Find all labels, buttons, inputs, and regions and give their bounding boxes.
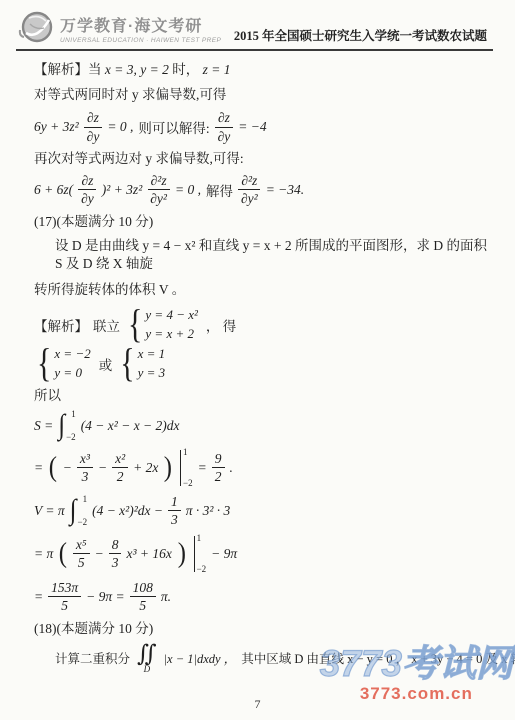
fraction-denominator: 5 xyxy=(58,597,71,614)
brand-name-en: UNIVERSAL EDUCATION · HAIWEN TEST PREP xyxy=(60,37,221,44)
text-segment: 时， xyxy=(169,62,203,77)
fraction-numerator: ∂²z xyxy=(238,173,260,191)
fraction: ∂²z∂y² xyxy=(147,173,170,207)
document-page: 万学教育·海文考研 UNIVERSAL EDUCATION · HAIWEN T… xyxy=(0,0,515,720)
fraction: x²2 xyxy=(112,451,128,485)
integral-upper-limit: 1 xyxy=(71,410,76,419)
text-segment: 或 xyxy=(99,354,113,374)
formula-dz-dy: 6y + 3z² ∂z∂y = 0 , 则可以解得: ∂z∂y = −4 xyxy=(34,110,487,144)
integral-sign: ∫ xyxy=(70,496,77,525)
question18-text: 计算二重积分 ∬ D |x − 1|dxdy ， 其中区域 D 由直线 x − … xyxy=(34,642,487,674)
evaluation-bar: 1−2 xyxy=(180,448,193,488)
eval-upper-limit: 1 xyxy=(197,534,207,543)
area-integral: S = ∫ 1−2 (4 − x² − x − 2)dx xyxy=(34,410,487,442)
text-segment: 其中区域 D 由直线 x − y = 0 ， x + 3y − 4 = 0 及 … xyxy=(241,649,515,667)
area-evaluation: = ( − x³3 − x²2 + 2x ) 1−2 = 92 . xyxy=(34,448,487,488)
fraction: ∂z∂y xyxy=(84,110,103,144)
fraction-numerator: ∂²z xyxy=(148,173,170,191)
math-segment: V = π xyxy=(34,503,65,519)
integral: ∫ 1−2 xyxy=(58,410,75,442)
fraction: x⁵5 xyxy=(73,537,90,571)
fraction-numerator: 153π xyxy=(48,580,81,598)
math-segment: − xyxy=(98,460,107,476)
double-integral: ∬ D xyxy=(137,642,157,674)
brand-logo: 万学教育·海文考研 UNIVERSAL EDUCATION · HAIWEN T… xyxy=(18,10,221,46)
fraction-numerator: ∂z xyxy=(84,110,102,128)
math-segment: = xyxy=(34,589,43,605)
math-segment: = xyxy=(198,460,207,476)
fraction-denominator: ∂y² xyxy=(147,190,170,207)
math-segment: = −34. xyxy=(266,182,304,198)
math-segment: = 0 , xyxy=(175,182,201,198)
math-segment: = π xyxy=(34,546,53,562)
math-segment: − xyxy=(95,546,104,562)
solution16-line2: 对等式两同时对 y 求偏导数,可得 xyxy=(34,86,487,104)
vertical-bar xyxy=(180,450,181,486)
text-segment: 解得 xyxy=(206,180,233,200)
left-brace: { xyxy=(120,344,134,385)
globe-icon xyxy=(18,10,54,46)
system-row: x = −2 xyxy=(54,347,90,362)
fraction-numerator: 8 xyxy=(109,537,122,555)
big-close-paren: ) xyxy=(178,539,186,568)
fraction: 13 xyxy=(168,494,181,528)
fraction: 1085 xyxy=(130,580,156,614)
equation-system: { y = 4 − x²y = x + 2 xyxy=(128,308,198,342)
left-brace: { xyxy=(128,304,142,345)
system-row: y = x + 2 xyxy=(145,327,197,342)
text-segment: 当 xyxy=(88,62,105,77)
text-segment: 计算二重积分 xyxy=(55,649,130,667)
brand-name-cn: 万学教育·海文考研 xyxy=(60,13,221,36)
math-segment: = xyxy=(34,460,43,476)
text-segment: 联立 xyxy=(93,315,120,335)
system-row: y = 4 − x² xyxy=(145,308,197,323)
math-segment: )² + 3z² xyxy=(102,182,142,198)
solution17-roots: { x = −2y = 0 或 { x = 1y = 3 xyxy=(34,347,487,381)
left-brace: { xyxy=(37,344,51,385)
math-segment: − xyxy=(63,460,72,476)
integral-lower-limit: −2 xyxy=(78,518,88,527)
fraction-numerator: x² xyxy=(112,451,128,469)
math-segment: = −4 xyxy=(238,119,266,135)
solution-tag: 【解析】 xyxy=(34,62,88,77)
vertical-bar xyxy=(194,536,195,572)
double-integral-sign: ∬ xyxy=(137,642,157,665)
volume-integral: V = π ∫ 1−2 (4 − x²)²dx − 13 π · 3² · 3 xyxy=(34,494,487,528)
math-segment: z = 1 xyxy=(203,62,231,77)
system-row: y = 0 xyxy=(54,366,90,381)
fraction-numerator: 1 xyxy=(168,494,181,512)
fraction: ∂z∂y xyxy=(215,110,234,144)
integral-sign: ∫ xyxy=(58,411,65,440)
fraction-denominator: 3 xyxy=(79,468,92,485)
brand-text: 万学教育·海文考研 UNIVERSAL EDUCATION · HAIWEN T… xyxy=(60,13,221,44)
page-header: 万学教育·海文考研 UNIVERSAL EDUCATION · HAIWEN T… xyxy=(34,10,487,46)
fraction-numerator: ∂z xyxy=(215,110,233,128)
text-segment: ， 得 xyxy=(206,315,236,335)
integral-upper-limit: 1 xyxy=(83,495,88,504)
big-open-paren: ( xyxy=(49,453,57,482)
fraction-denominator: 5 xyxy=(75,554,88,571)
double-integral-domain: D xyxy=(144,665,151,674)
equation-system: { x = −2y = 0 xyxy=(37,347,91,381)
math-segment: |x − 1|dxdy ， xyxy=(164,649,237,667)
text-segment: 则可以解得: xyxy=(138,117,209,137)
question18-heading: (18)(本题满分 10 分) xyxy=(34,620,487,638)
math-segment: = 0 , xyxy=(107,119,133,135)
math-segment: S = xyxy=(34,418,53,434)
eval-lower-limit: −2 xyxy=(183,479,193,488)
system-row: x = 1 xyxy=(138,347,166,362)
question17-text-line2: 转所得旋转体的体积 V 。 xyxy=(34,281,487,299)
eval-lower-limit: −2 xyxy=(197,565,207,574)
question17-heading: (17)(本题满分 10 分) xyxy=(34,213,487,231)
solution16-line4: 再次对等式两边对 y 求偏导数,可得: xyxy=(34,150,487,168)
math-segment: π. xyxy=(161,589,171,605)
big-open-paren: ( xyxy=(59,539,67,568)
math-segment: 6 + 6z( xyxy=(34,182,73,198)
math-segment: 6y + 3z² xyxy=(34,119,79,135)
fraction-denominator: 3 xyxy=(109,554,122,571)
fraction-denominator: ∂y xyxy=(84,128,103,145)
math-segment: π · 3² · 3 xyxy=(186,503,231,519)
math-segment: x = 3, y = 2 xyxy=(105,62,169,77)
fraction: ∂z∂y xyxy=(78,173,97,207)
question17-text-line1: 设 D 是由曲线 y = 4 − x² 和直线 y = x + 2 所围成的平面… xyxy=(34,237,487,273)
formula-d2z-dy2: 6 + 6z( ∂z∂y )² + 3z² ∂²z∂y² = 0 , 解得 ∂²… xyxy=(34,173,487,207)
solution17-suoyi: 所以 xyxy=(34,387,487,405)
math-segment: (4 − x²)²dx − xyxy=(92,503,163,519)
fraction: x³3 xyxy=(77,451,93,485)
fraction: 153π5 xyxy=(48,580,81,614)
fraction: 92 xyxy=(212,451,225,485)
fraction-numerator: 108 xyxy=(130,580,156,598)
fraction-denominator: ∂y² xyxy=(238,190,261,207)
math-segment: − 9π xyxy=(211,546,237,562)
eval-upper-limit: 1 xyxy=(183,448,193,457)
volume-evaluation: = π ( x⁵5 − 83 x³ + 16x ) 1−2 − 9π xyxy=(34,534,487,574)
integral: ∫ 1−2 xyxy=(70,495,87,527)
integral-lower-limit: −2 xyxy=(66,433,76,442)
solution16-line1: 【解析】当 x = 3, y = 2 时， z = 1 xyxy=(34,61,487,79)
math-segment: (4 − x² − x − 2)dx xyxy=(81,418,180,434)
fraction-numerator: ∂z xyxy=(78,173,96,191)
fraction: 83 xyxy=(109,537,122,571)
fraction-denominator: ∂y xyxy=(78,190,97,207)
math-segment: x³ + 16x xyxy=(126,546,171,562)
volume-result: = 153π5 − 9π = 1085 π. xyxy=(34,580,487,614)
header-rule xyxy=(16,49,493,51)
solution17-system-setup: 【解析】 联立 { y = 4 − x²y = x + 2 ， 得 xyxy=(34,308,487,342)
math-segment: + 2x xyxy=(133,460,158,476)
fraction-denominator: 3 xyxy=(168,511,181,528)
document-title: 2015 年全国硕士研究生入学统一考试数农试题 xyxy=(234,26,487,46)
fraction-denominator: ∂y xyxy=(215,128,234,145)
fraction: ∂²z∂y² xyxy=(238,173,261,207)
solution-tag: 【解析】 xyxy=(34,315,88,335)
system-row: y = 3 xyxy=(138,366,166,381)
equation-system: { x = 1y = 3 xyxy=(120,347,165,381)
big-close-paren: ) xyxy=(164,453,172,482)
page-number: 7 xyxy=(0,697,515,712)
fraction-denominator: 2 xyxy=(114,468,127,485)
fraction-denominator: 2 xyxy=(212,468,225,485)
fraction-numerator: 9 xyxy=(212,451,225,469)
fraction-numerator: x³ xyxy=(77,451,93,469)
math-segment: . xyxy=(230,460,233,476)
fraction-denominator: 5 xyxy=(136,597,149,614)
fraction-numerator: x⁵ xyxy=(73,537,90,555)
evaluation-bar: 1−2 xyxy=(194,534,207,574)
math-segment: − 9π = xyxy=(86,589,124,605)
